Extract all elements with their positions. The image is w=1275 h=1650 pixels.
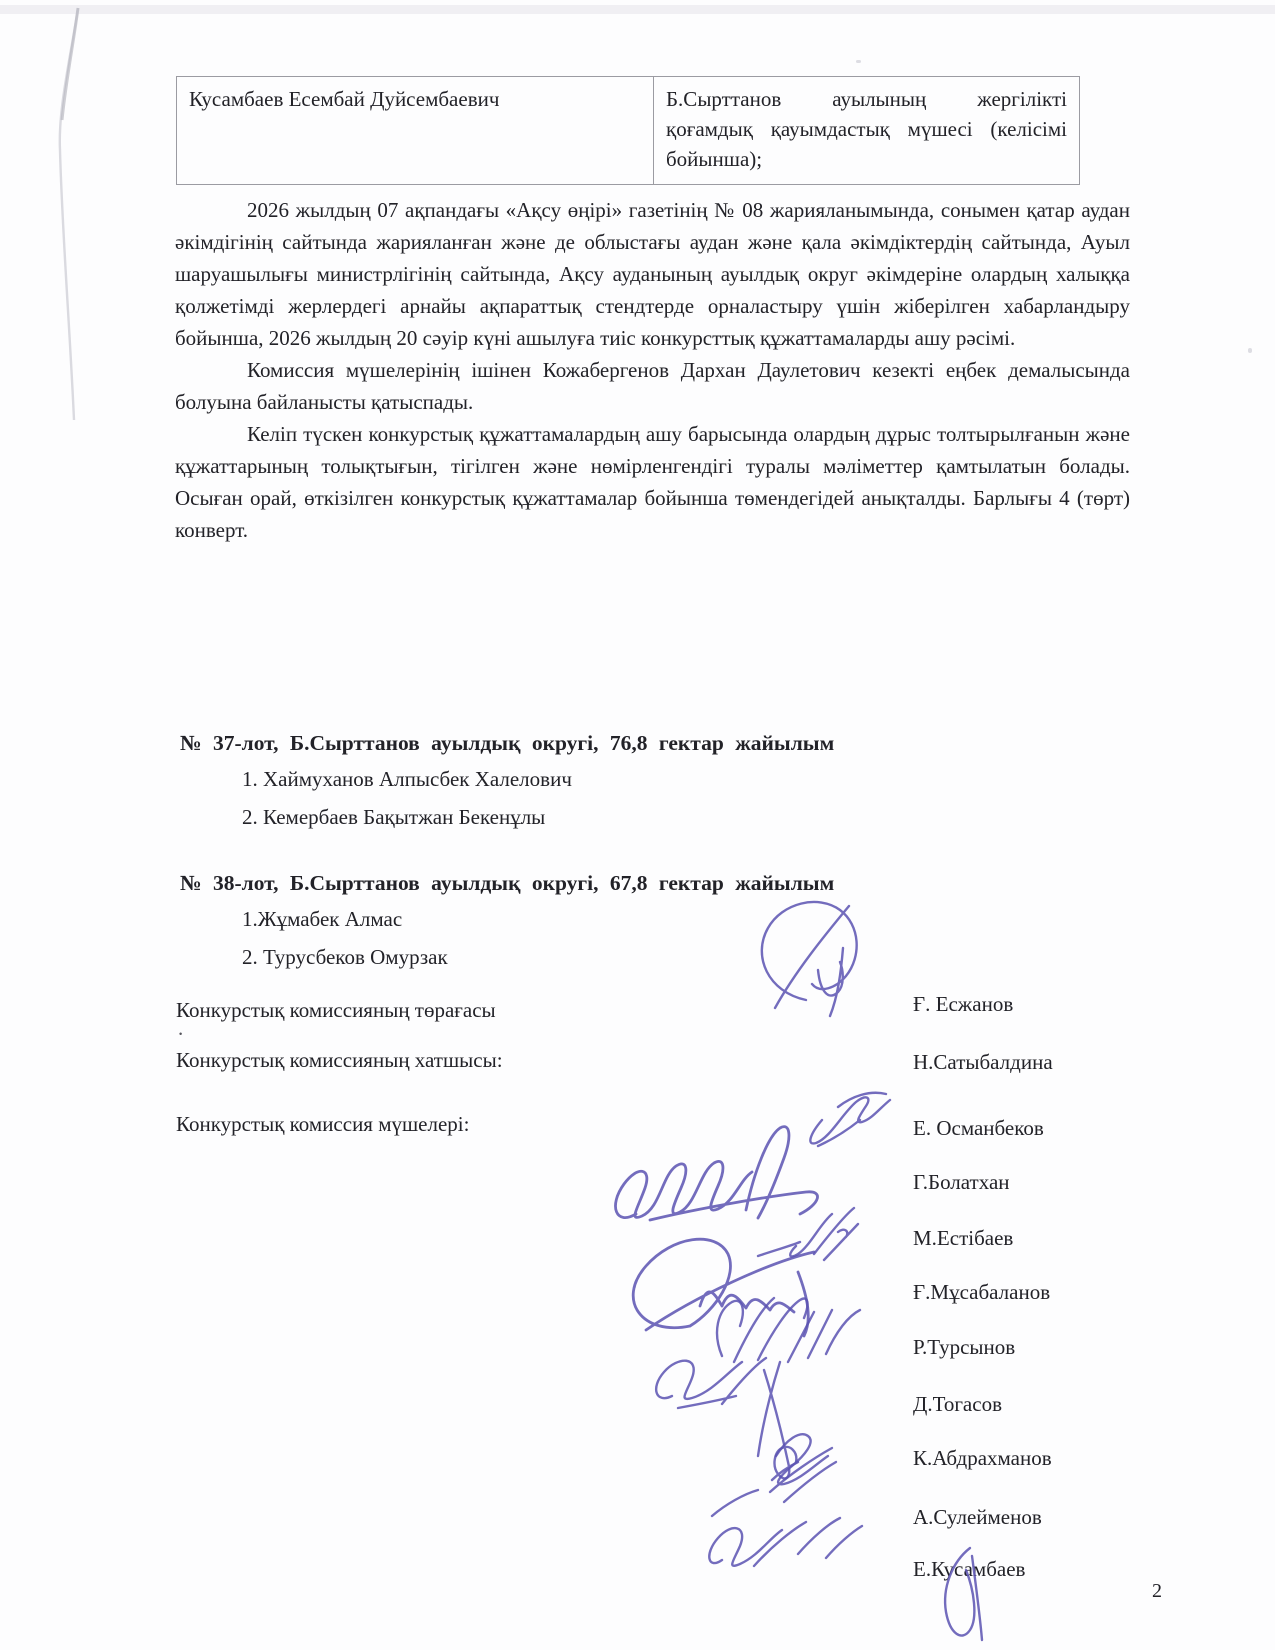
signature-esjanov (762, 902, 857, 1016)
page-number: 2 (1152, 1580, 1162, 1603)
signature-suleimenov (770, 1434, 836, 1502)
signature-abdrakhmanov (758, 1362, 798, 1480)
signature-musabalanov (633, 1239, 814, 1336)
signature-osmanbekov (810, 1093, 890, 1146)
document-page: Кусамбаев Есембай Дуйсембаевич Б.Сырттан… (0, 0, 1275, 1650)
signature-bolatkhan (615, 1127, 817, 1220)
signature-kusambaev-tail (945, 1548, 982, 1640)
signature-togasov (656, 1358, 766, 1408)
ink-signatures-layer (0, 0, 1275, 1650)
